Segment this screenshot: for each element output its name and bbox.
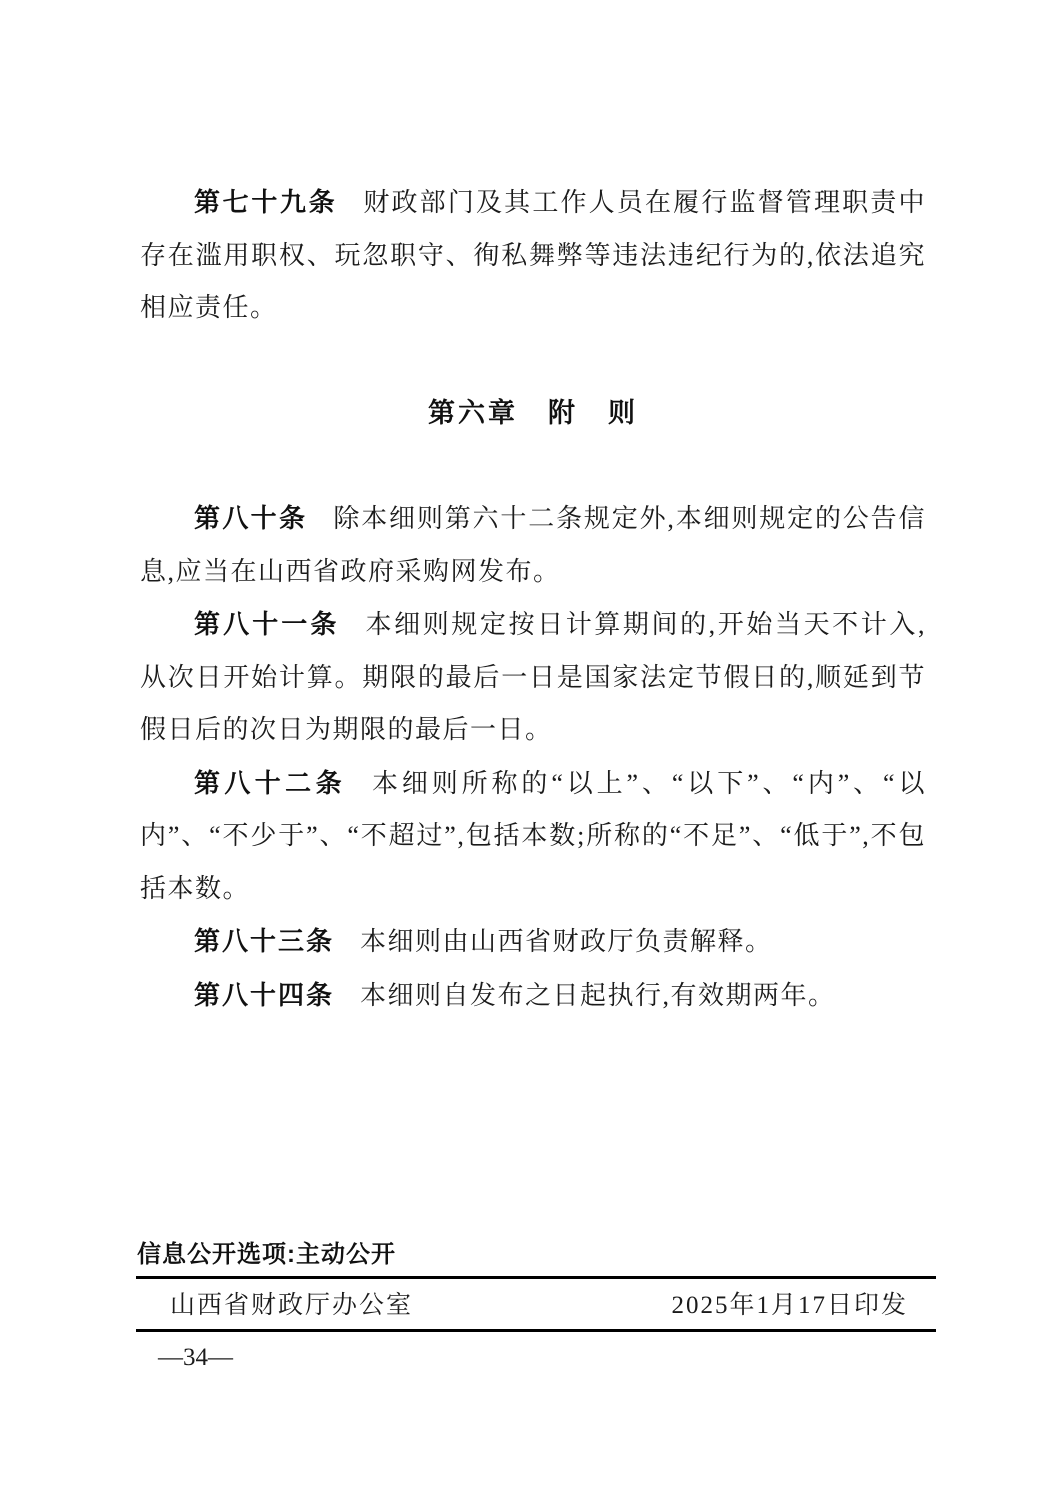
- footer-row: 山西省财政厅办公室 2025年1月17日印发: [140, 1290, 932, 1322]
- chapter-heading: 第六章 附 则: [140, 387, 926, 440]
- article-83-number: 第八十三条: [194, 926, 334, 956]
- article-82: 第八十二条本细则所称的“以上”、“以下”、“内”、“以内”、“不少于”、“不超过…: [140, 757, 926, 916]
- page-number: —34—: [158, 1344, 233, 1372]
- footer-rule-bottom: [136, 1329, 936, 1332]
- article-84-text: 本细则自发布之日起执行,有效期两年。: [360, 981, 836, 1010]
- footer-rule-top: [136, 1276, 936, 1279]
- issuing-office: 山西省财政厅办公室: [140, 1290, 413, 1322]
- disclosure-note: 信息公开选项:主动公开: [137, 1234, 396, 1269]
- article-80-number: 第八十条: [194, 503, 307, 533]
- document-body: 第七十九条财政部门及其工作人员在履行监督管理职责中存在滥用职权、玩忽职守、徇私舞…: [140, 176, 926, 1022]
- article-79-number: 第七十九条: [194, 187, 337, 217]
- article-81-number: 第八十一条: [194, 609, 340, 639]
- document-page: 第七十九条财政部门及其工作人员在履行监督管理职责中存在滥用职权、玩忽职守、徇私舞…: [0, 0, 1060, 1500]
- article-83-text: 本细则由山西省财政厅负责解释。: [360, 927, 773, 956]
- article-84-number: 第八十四条: [194, 980, 334, 1010]
- print-date: 2025年1月17日印发: [671, 1290, 932, 1322]
- article-82-number: 第八十二条: [194, 768, 346, 798]
- article-81: 第八十一条本细则规定按日计算期间的,开始当天不计入,从次日开始计算。期限的最后一…: [140, 598, 926, 757]
- article-83: 第八十三条本细则由山西省财政厅负责解释。: [140, 915, 926, 969]
- article-84: 第八十四条本细则自发布之日起执行,有效期两年。: [140, 969, 926, 1023]
- article-80: 第八十条除本细则第六十二条规定外,本细则规定的公告信息,应当在山西省政府采购网发…: [140, 492, 926, 598]
- article-79: 第七十九条财政部门及其工作人员在履行监督管理职责中存在滥用职权、玩忽职守、徇私舞…: [140, 176, 926, 335]
